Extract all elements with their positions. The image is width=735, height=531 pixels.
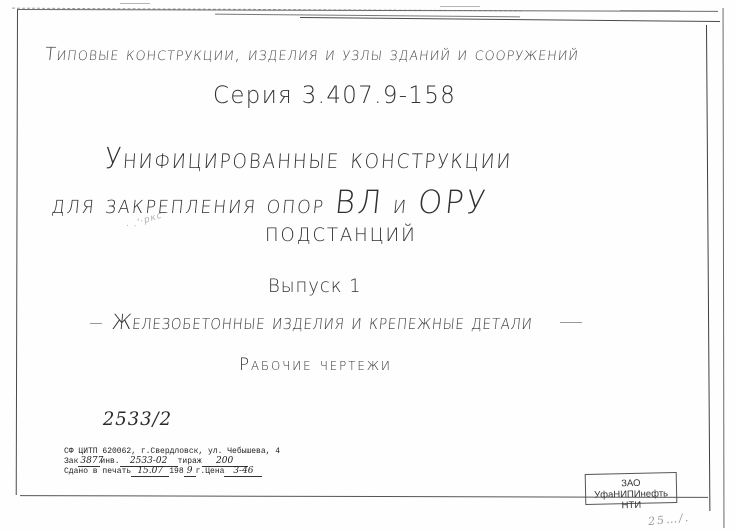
price-label: г.Цена [196, 467, 225, 476]
imprint-print-row: Сдано в печать15.071989г.Цена3-46 [64, 467, 280, 477]
series-label: Серия [213, 81, 293, 109]
year-digit: 9 [184, 467, 196, 477]
title-line-1: Унифицированные конструкции [104, 141, 514, 175]
subtitle: Железобетонные изделия и крепежные детал… [111, 310, 534, 334]
print-label: Сдано в печать [64, 467, 131, 476]
title-oru: ОРУ [416, 183, 490, 221]
year-prefix: 198 [169, 467, 183, 476]
handwritten-number: 2533/2 [103, 408, 172, 430]
imprint-block: СФ ЦИТП 620062, г.Свердловск, ул. Чебыше… [64, 447, 280, 477]
print-date: 15.07 [131, 467, 169, 477]
scan-artifact [120, 3, 150, 4]
run-label: тираж [178, 457, 202, 466]
series-number: 3.407.9-158 [302, 81, 456, 109]
title-line-2: для закрепления опор ВЛ и ОРУ [50, 183, 490, 221]
dash-decoration [560, 322, 582, 323]
order-value: 3877 [78, 457, 100, 467]
inv-label: инв. [100, 457, 119, 466]
dash-decoration [90, 323, 102, 324]
organization-stamp: ЗАО УфаНИПИнефть НТИ [585, 472, 678, 505]
stamp-line-2: НТИ [586, 499, 676, 512]
title-and: и [392, 190, 410, 219]
title-vl: ВЛ [333, 183, 386, 221]
title-line-3: подстанций [265, 217, 417, 248]
collection-header: Типовые конструкции, изделия и узлы здан… [44, 44, 580, 65]
title-line-2-prefix: для закрепления опор [50, 190, 326, 219]
drawings-label: Рабочие чертежи [239, 355, 392, 375]
sheet-edge [723, 8, 725, 528]
scan-artifact [440, 6, 480, 7]
issue-number: Выпуск 1 [268, 275, 362, 297]
price-value: 3-46 [224, 467, 262, 477]
series-line: Серия 3.407.9-158 [213, 81, 456, 109]
stamp-line-1: ЗАО УфаНИПИнефть [586, 477, 676, 501]
handwritten-scribble: 25…/. [647, 511, 690, 528]
document-page: Типовые конструкции, изделия и узлы здан… [0, 0, 735, 531]
order-label: Зак [64, 457, 78, 466]
